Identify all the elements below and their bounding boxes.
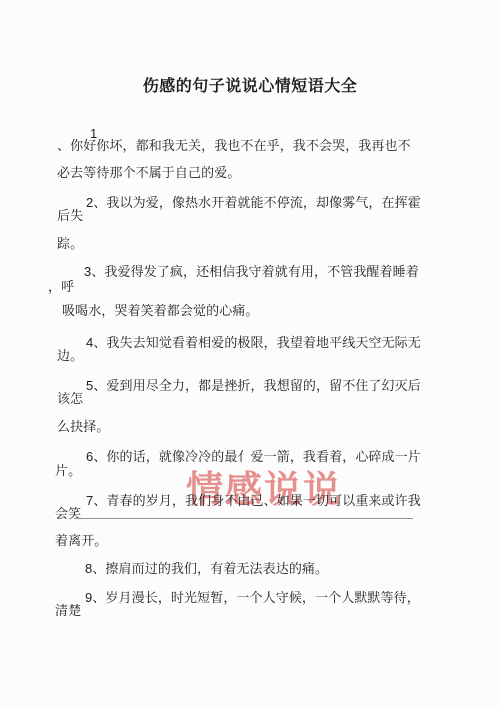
text-line: 着离开。 [55,534,107,548]
text-line: 7、青春的岁月，我们身不由己、如果一切可以重来或许我 [86,494,421,508]
text-line: 后失 [57,209,83,223]
document-title: 伤感的句子说说心情短语大全 [0,73,500,96]
text-line: 9、岁月漫长，时光短暂，一个人守候，一个人默默等待， [85,591,420,605]
text-line: 踪。 [57,237,83,251]
text-line: 吸喝水，哭着笑着都会觉的心痛。 [62,304,259,318]
divider-line [74,518,413,519]
document-page: 伤感的句子说说心情短语大全 情感说说 1 、你好你坏，都和我无关，我也不在乎，我… [0,0,500,708]
text-line: 边。 [57,349,83,363]
text-line: 5、爱到用尽全力，都是挫折，我想留的，留不住了幻灭后 [86,379,421,393]
text-line: 该怎 [57,392,83,406]
text-line: ，呼 [48,280,74,294]
text-line: 4、我失去知觉看着相爱的极限，我望着地平线天空无际无 [86,336,421,350]
text-line: 、你好你坏，都和我无关，我也不在乎，我不会哭，我再也不 [57,139,411,153]
text-line: 必去等待那个不属于自己的爱。 [57,166,240,180]
text-line: 8、擦肩而过的我们，有着无法表达的痛。 [85,562,328,576]
text-line: 么抉择。 [57,420,109,434]
text-line: 6、你的话，就像冷冷的最亻爱一箭，我看着，心碎成一片 [86,450,421,464]
text-line: 清楚 [55,604,81,618]
text-line: 2、我以为爱，像热水开着就能不停流，却像雾气，在挥霍 [86,196,421,210]
text-line: 片。 [55,464,81,478]
text-line: 3、我爱得发了疯，还相信我守着就有用，不管我醒着睡着 [84,265,419,279]
